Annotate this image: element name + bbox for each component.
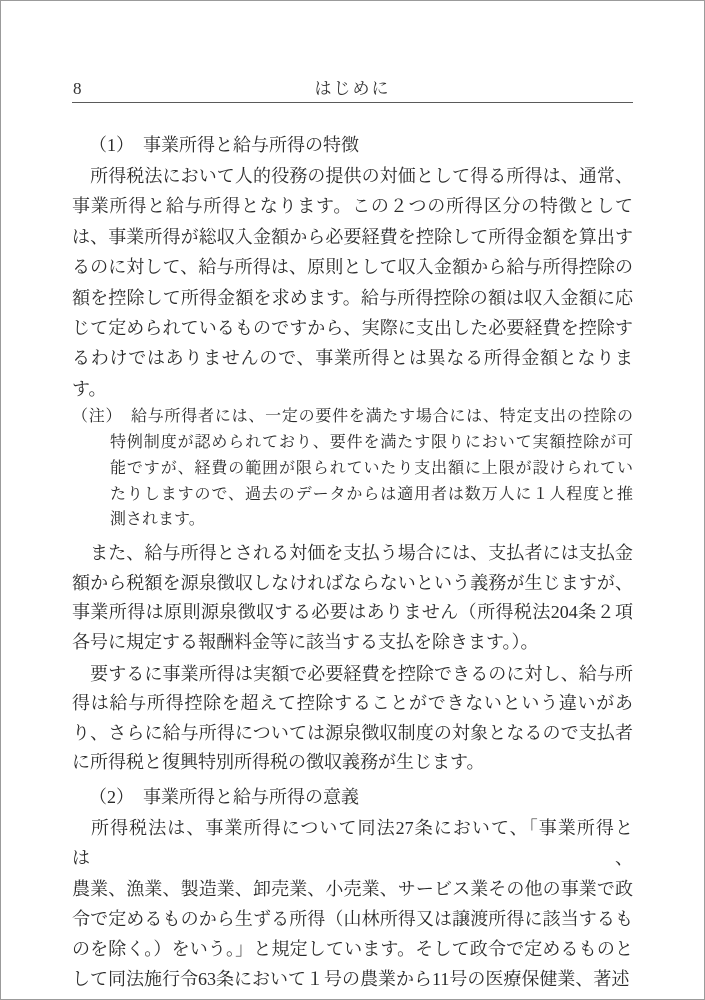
text-line: 額から税額を源泉徴収しなければならないという義務が生じますが、 bbox=[72, 569, 633, 599]
text-line: 特例制度が認められており、要件を満たす限りにおいて実額控除が可 bbox=[110, 430, 633, 456]
text-line: して同法施行令63条において１号の農業から11号の医療保健業、著述 bbox=[72, 964, 633, 994]
text-line: 事業所得と給与所得となります。この２つの所得区分の特徴として bbox=[72, 191, 633, 221]
text-line: に所得税と復興特別所得税の徴収義務が生じます。 bbox=[72, 748, 633, 778]
text-line: 事業所得は原則源泉徴収する必要はありません（所得税法204条２項 bbox=[72, 598, 633, 628]
section-2-paragraph-1: 所得税法は、事業所得について同法27条において、「事業所得とは、農業、漁業、製造… bbox=[72, 813, 633, 995]
section-1-paragraph-2: また、給与所得とされる対価を支払う場合には、支払者には支払金額から税額を源泉徴収… bbox=[72, 539, 633, 657]
text-line: たりしますので、過去のデータからは適用者は数万人に１人程度と推 bbox=[110, 482, 633, 508]
text-line: 所得税法において人的役務の提供の対価として得る所得は、通常、 bbox=[72, 161, 633, 191]
text-line: 所得税法は、事業所得について同法27条において、「事業所得とは、 bbox=[72, 813, 633, 874]
text-line: は、事業所得が総収入金額から必要経費を控除して所得金額を算出す bbox=[72, 222, 633, 252]
text-line: （注） 給与所得者には、一定の要件を満たす場合には、特定支出の控除の bbox=[72, 404, 633, 430]
running-title: はじめに bbox=[315, 74, 391, 102]
text-line: 要するに事業所得は実額で必要経費を控除できるのに対し、給与所 bbox=[72, 660, 633, 690]
text-line: また、給与所得とされる対価を支払う場合には、支払者には支払金 bbox=[72, 539, 633, 569]
text-line: るわけではありませんので、事業所得とは異なる所得金額となります。 bbox=[72, 343, 633, 404]
section-1-paragraph-1: 所得税法において人的役務の提供の対価として得る所得は、通常、事業所得と給与所得と… bbox=[72, 161, 633, 404]
text-line: り、さらに給与所得については源泉徴収制度の対象となるので支払者 bbox=[72, 719, 633, 749]
section-2-heading: （2） 事業所得と給与所得の意義 bbox=[72, 782, 633, 813]
book-page: 8 はじめに （1） 事業所得と給与所得の特徴 所得税法において人的役務の提供の… bbox=[0, 0, 705, 1000]
text-line: のを除く。）をいう。」と規定しています。そして政令で定めるものと bbox=[72, 934, 633, 964]
text-line: 令で定めるものから生ずる所得（山林所得又は譲渡所得に該当するも bbox=[72, 904, 633, 934]
text-line: 測されます。 bbox=[110, 507, 633, 533]
text-line: 農業、漁業、製造業、卸売業、小売業、サービス業その他の事業で政 bbox=[72, 874, 633, 904]
text-line: 各号に規定する報酬料金等に該当する支払を除きます。）。 bbox=[72, 628, 633, 658]
text-line: 得は給与所得控除を超えて控除することができないという違いがあ bbox=[72, 689, 633, 719]
section-1-note: （注） 給与所得者には、一定の要件を満たす場合には、特定支出の控除の特例制度が認… bbox=[72, 404, 633, 533]
section-1-heading: （1） 事業所得と給与所得の特徴 bbox=[72, 130, 633, 161]
running-header: 8 はじめに bbox=[72, 67, 633, 103]
text-line: るのに対して、給与所得は、原則として収入金額から給与所得控除の bbox=[72, 252, 633, 282]
section-1-paragraph-3: 要するに事業所得は実額で必要経費を控除できるのに対し、給与所得は給与所得控除を超… bbox=[72, 660, 633, 778]
page-number: 8 bbox=[73, 79, 82, 99]
text-line: じて定められているものですから、実際に支出した必要経費を控除す bbox=[72, 313, 633, 343]
page-content: 8 はじめに （1） 事業所得と給与所得の特徴 所得税法において人的役務の提供の… bbox=[72, 67, 633, 995]
text-line: 能ですが、経費の範囲が限られていたり支出額に上限が設けられてい bbox=[110, 456, 633, 482]
text-line: 額を控除して所得金額を求めます。給与所得控除の額は収入金額に応 bbox=[72, 283, 633, 313]
